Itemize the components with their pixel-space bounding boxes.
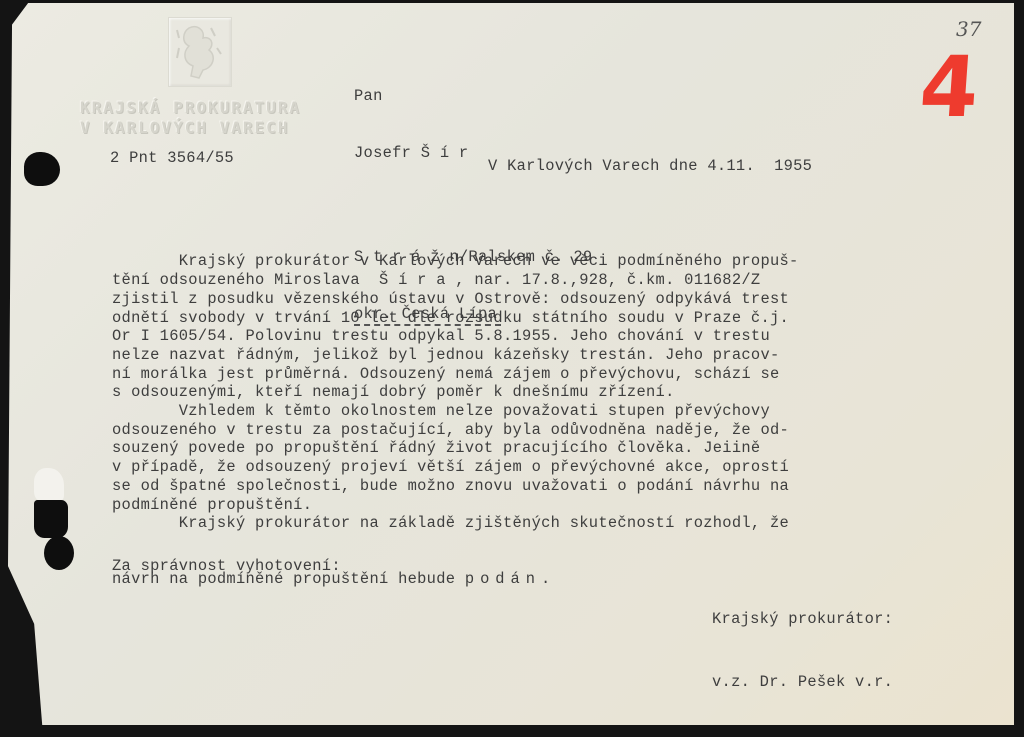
body-line: Krajský prokurátor v Karlových Varech ve… [112, 252, 799, 271]
body-line: odnětí svobody v trvání 10 let dle rozsu… [112, 309, 799, 328]
body-line: Vzhledem k těmto okolnostem nelze považo… [112, 402, 799, 421]
signature-block: Krajský prokurátor: v.z. Dr. Pešek v.r. [712, 567, 893, 735]
torn-paper [34, 468, 64, 502]
body-line: odsouzeného v trestu za postačující, aby… [112, 421, 799, 440]
place-date: V Karlových Varech dne 4.11. 1955 [488, 157, 812, 175]
recipient-salutation: Pan [354, 87, 592, 106]
body-line: nelze nazvat řádným, jelikož byl jednou … [112, 346, 799, 365]
reference-number: 2 Pnt 3564/55 [110, 149, 234, 167]
body-line: Krajský prokurátor na základě zjištěných… [112, 514, 799, 533]
body-line: zjistil z posudku vězenského ústavu v Os… [112, 290, 799, 309]
letterhead-line-2: V KARLOVÝCH VARECH [80, 118, 301, 138]
punch-hole [34, 500, 68, 538]
signature-name: v.z. Dr. Pešek v.r. [712, 672, 893, 693]
czechoslovak-lion-emblem-icon [168, 17, 232, 87]
letterhead-stamp: KRAJSKÁ PROKURATURA V KARLOVÝCH VARECH [80, 98, 301, 138]
page-number: 4 [917, 45, 981, 129]
body-line: se od špatné společnosti, bude možno zno… [112, 477, 799, 496]
certification-note: Za správnost vyhotovení: [112, 557, 341, 575]
folio-number: 37 [956, 17, 981, 41]
body-line: podmíněné propuštění. [112, 496, 799, 515]
punch-hole [44, 536, 74, 570]
body-line: Or I 1605/54. Polovinu trestu odpykal 5.… [112, 327, 799, 346]
document-page: KRAJSKÁ PROKURATURA V KARLOVÝCH VARECH 2… [8, 3, 1014, 725]
body-line: v případě, že odsouzený projeví větší zá… [112, 458, 799, 477]
punch-hole [24, 152, 60, 186]
body-line: s odsouzenými, kteří nemají dobrý poměr … [112, 383, 799, 402]
letterhead-line-1: KRAJSKÁ PROKURATURA [80, 98, 301, 118]
signature-title: Krajský prokurátor: [712, 609, 893, 630]
body-line: souzený povede po propuštění řádný život… [112, 439, 799, 458]
body-line: ní morálka jest průměrná. Odsouzený nemá… [112, 365, 799, 384]
decision-word: podán. [465, 570, 556, 588]
body-line: tění odsouzeného Miroslava Š í r a , nar… [112, 271, 799, 290]
